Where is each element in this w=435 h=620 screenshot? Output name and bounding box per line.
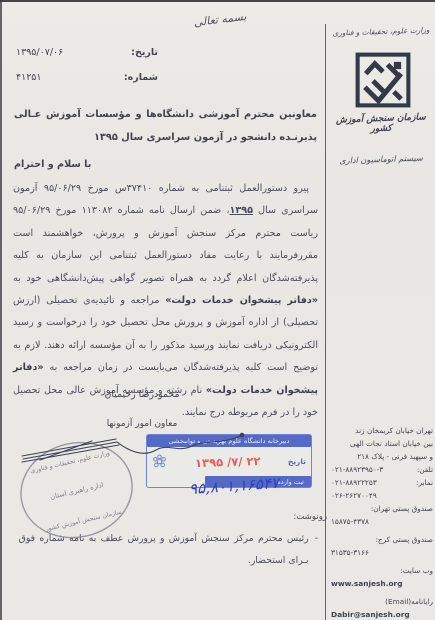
fax-value-2: ۰۲۶-۲۶۲۷۰۰۴۹ xyxy=(331,489,433,502)
pobox-tehran-value: ۱۵۸۷۵-۴۳۷۸ xyxy=(331,515,433,528)
date-value: ۱۳۹۵/۰۷/۰۶ xyxy=(16,47,63,58)
address-line-3: و سپهبد قرنی - پلاک ۲۱۸ xyxy=(331,450,433,463)
letter-subject: معاونین محترم آموزشی دانشگاه‌ها و مؤسسات… xyxy=(14,103,317,149)
signature-scribble-icon xyxy=(18,426,248,474)
email-label: رایانامه(Email) xyxy=(331,595,433,608)
para-text-3: مراجعه و تائیدیه‌ی تحصیلی (ارزش تحصیلی) … xyxy=(13,295,318,373)
organization-title: سازمان سنجش آموزش کشور xyxy=(328,112,435,136)
address-line-2: بین خیابان استاد نجات الهی xyxy=(331,437,433,450)
letter-meta: تاریخ: ۱۳۹۵/۰۷/۰۶ شماره: ۴۱۲۵۱ xyxy=(16,47,158,97)
number-row: شماره: ۴۱۲۵۱ xyxy=(16,72,158,83)
salutation: با سلام و احترام xyxy=(14,159,91,170)
phone-label: تلفن: xyxy=(417,463,433,476)
date-row: تاریخ: ۱۳۹۵/۰۷/۰۶ xyxy=(16,47,158,58)
pobox-karaj-label: صندوق پستی کرج: xyxy=(331,533,433,546)
scanned-letter-page: بسمه تعالی تاریخ: ۱۳۹۵/۰۷/۰۶ شماره: ۴۱۲۵… xyxy=(0,0,435,620)
phone-value: ۰۲۱-۸۸۹۲۳۹۵۰-۳ xyxy=(331,463,383,476)
received-date-label: تاریخ xyxy=(288,457,306,466)
number-value: ۴۱۲۵۱ xyxy=(16,72,42,83)
pobox-karaj-value: ۳۱۵۳۵-۳۱۶۶ xyxy=(331,546,433,559)
phone-row: تلفن: ۰۲۱-۸۸۹۲۳۹۵۰-۳ xyxy=(331,463,433,476)
automation-system-title: سیستم اتوماسیون اداری xyxy=(330,152,432,166)
fax-label: نمابر: xyxy=(416,476,433,489)
number-label: شماره: xyxy=(124,72,158,83)
email-value: Dabir@sanjesh.org xyxy=(331,608,433,620)
scan-edge-top xyxy=(0,0,435,2)
fax-row: نمابر: ۰۲۱-۸۸۹۲۲۲۵۳ xyxy=(331,476,433,489)
signer-name: محمودرضا رحیمیان xyxy=(82,389,202,400)
fax-value: ۰۲۱-۸۸۹۲۲۲۵۳ xyxy=(331,476,377,489)
oval-stamp-ring-bottom: سازمان سنجش آموزش کشور xyxy=(43,507,122,534)
exam-year: ۱۳۹۵ xyxy=(230,205,253,216)
address-line-1: تهران خیابان کریمخان زند xyxy=(331,424,433,437)
contact-block: تهران خیابان کریمخان زند بین خیابان استا… xyxy=(329,424,433,620)
copy-section-label: رونوشت: xyxy=(293,512,327,522)
para-text-2: ، ضمن ارسال نامه شماره ۱۱۳۰۸۲ مورخ ۹۵/۰۶… xyxy=(13,205,318,283)
sanjesh-logo-icon xyxy=(354,51,412,109)
date-label: تاریخ: xyxy=(131,47,158,58)
website-value: www.sanjesh.org xyxy=(331,577,433,590)
website-label: وب سایت: xyxy=(331,564,433,577)
pishkhan-offices-bold-1: «دفاتر پیشخوان خدمات دولت» xyxy=(165,295,318,306)
letter-body-paragraph: پیرو دستورالعمل ثبتنامی به شماره ۳۷۴۱۰س … xyxy=(13,178,318,424)
sanjesh-logo-svg xyxy=(354,51,412,109)
oval-stamp-center: اداره راهبری استان xyxy=(49,481,104,501)
copy-item-dash: - xyxy=(315,528,318,572)
pobox-tehran-label: صندوق پستی تهران: xyxy=(331,502,433,515)
bismillah-calligraphy: بسمه تعالی xyxy=(150,5,291,35)
ministry-title: وزارت علوم، تحقیقات و فناوری xyxy=(330,25,432,38)
scan-edge-left xyxy=(0,0,2,620)
sidebar-divider-line xyxy=(325,24,326,620)
